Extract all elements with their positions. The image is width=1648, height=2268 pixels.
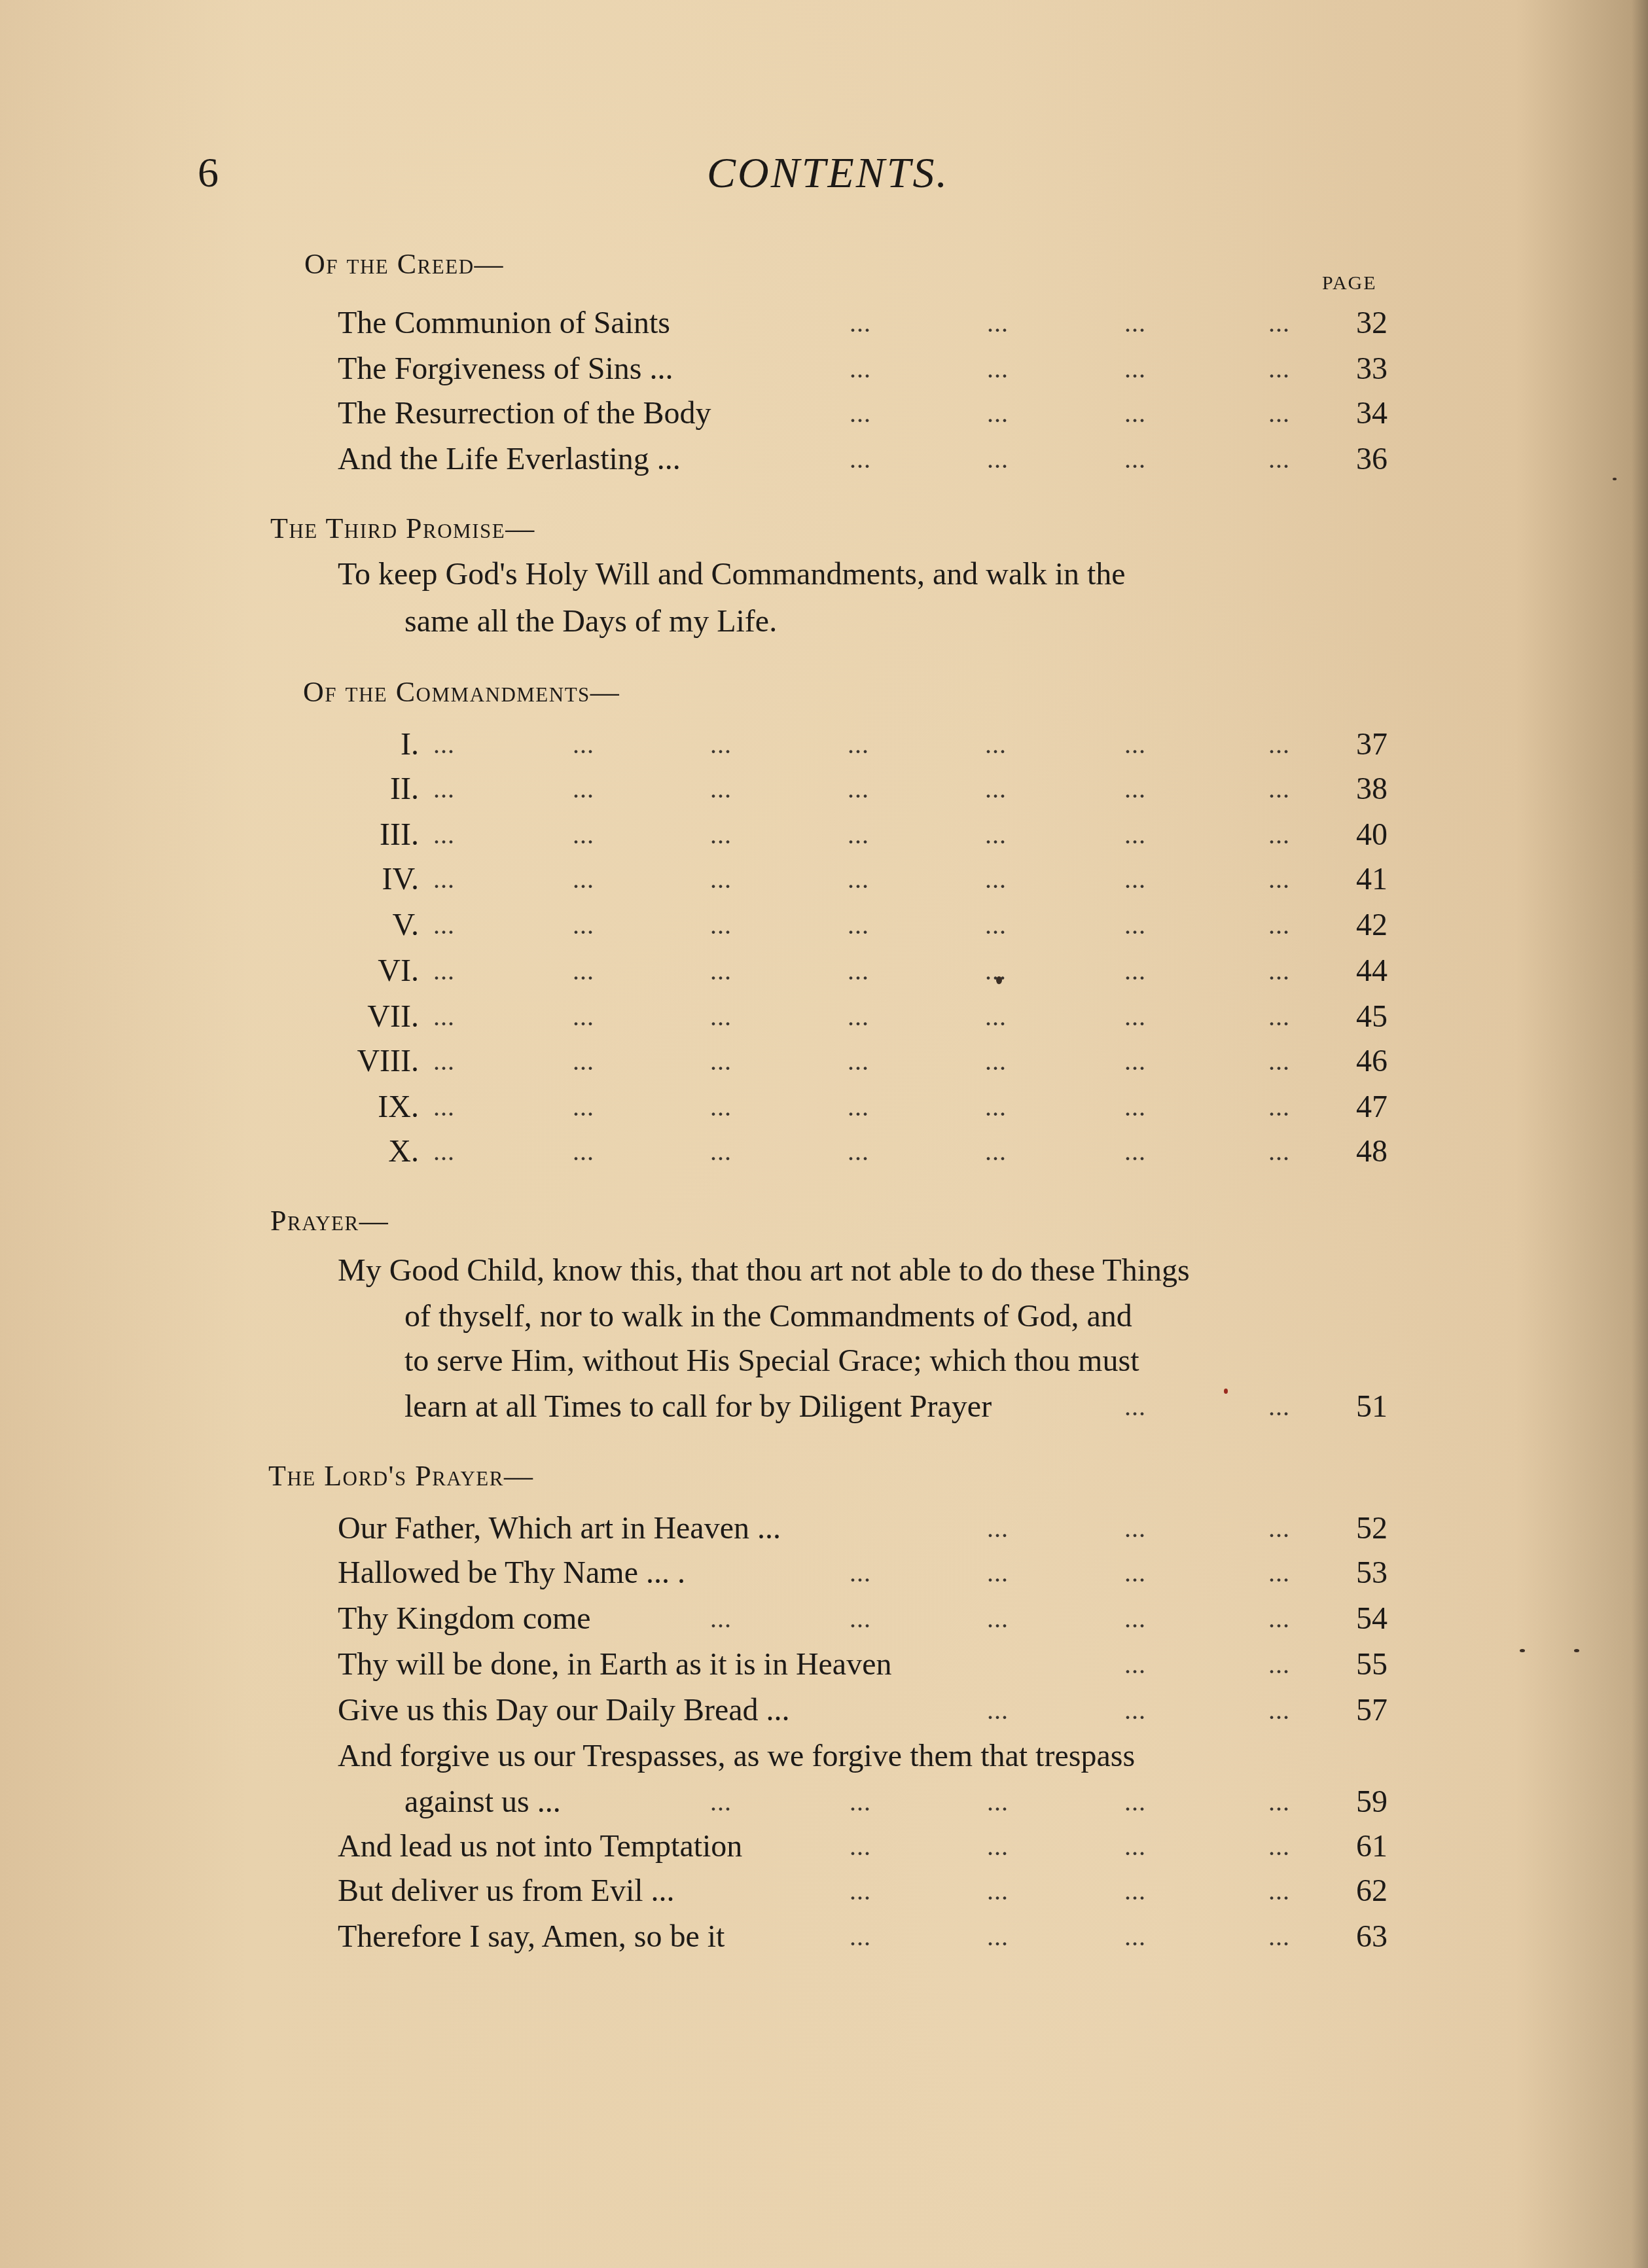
toc-entry[interactable]: Thy will be done, in Earth as it is in H… (0, 1645, 1648, 1684)
dot-leader: ... (573, 1088, 594, 1127)
dot-leader: ... (987, 1827, 1009, 1866)
entry-title: And the Life Everlasting ... (338, 440, 681, 479)
dot-leader: ... (985, 997, 1007, 1037)
dot-leader: ... (573, 951, 594, 991)
section-text-line: to serve Him, without His Special Grace;… (404, 1341, 1139, 1381)
dot-leader: ... (985, 1088, 1007, 1127)
dot-leader: ... (573, 997, 594, 1037)
dot-leader: ... (987, 394, 1009, 433)
section-text-line: of thyself, nor to walk in the Commandme… (404, 1297, 1132, 1336)
dot-leader: ... (850, 1827, 871, 1866)
dot-leader: ... (1124, 860, 1146, 899)
dot-leader: ... (850, 1782, 871, 1822)
dot-leader: ... (1268, 770, 1290, 809)
toc-entry[interactable]: Hallowed be Thy Name ... . ... ... ... .… (0, 1553, 1648, 1593)
entry-title: III. (334, 815, 419, 855)
dot-leader: ... (985, 951, 1007, 991)
dot-leader: ... (850, 394, 871, 433)
dot-leader: ... (1268, 440, 1290, 479)
entry-title: X. (334, 1132, 419, 1171)
entry-continuation: against us ... (404, 1782, 561, 1822)
dot-leader: ... (1124, 349, 1146, 389)
toc-entry[interactable]: The Communion of Saints ... ... ... ... … (0, 304, 1648, 343)
dot-leader: ... (850, 349, 871, 389)
entry-page: 54 (1356, 1599, 1388, 1639)
toc-entry[interactable]: X. ... ... ... ... ... ... ... 48 (0, 1132, 1648, 1171)
toc-entry[interactable]: The Forgiveness of Sins ... ... ... ... … (0, 349, 1648, 389)
dot-leader: ... (573, 815, 594, 855)
entry-page: 40 (1356, 815, 1388, 855)
entry-page: 51 (1356, 1387, 1388, 1426)
dot-leader: ... (1124, 1132, 1146, 1171)
section-heading-lords-prayer: The Lord's Prayer— (268, 1462, 533, 1491)
entry-title: IV. (334, 860, 419, 899)
dot-leader: ... (1268, 1387, 1290, 1426)
dot-leader: ... (985, 860, 1007, 899)
dot-leader: ... (848, 815, 869, 855)
dot-leader: ... (1268, 1088, 1290, 1127)
entry-page: 44 (1356, 951, 1388, 991)
entry-page: 42 (1356, 906, 1388, 945)
dot-leader: ... (710, 1782, 732, 1822)
dot-leader: ... (573, 1132, 594, 1171)
dot-leader: ... (433, 997, 455, 1037)
dot-leader: ... (987, 1691, 1009, 1730)
entry-page: 62 (1356, 1871, 1388, 1911)
toc-entry[interactable]: VII. ... ... ... ... ... ... ... 45 (0, 997, 1648, 1037)
dot-leader: ... (1124, 1645, 1146, 1684)
entry-page: 55 (1356, 1645, 1388, 1684)
toc-entry[interactable]: VI. ... ... ... ... ... ... ... 44 (0, 951, 1648, 991)
dot-leader: ... (985, 1132, 1007, 1171)
dot-leader: ... (710, 997, 732, 1037)
entry-title: And lead us not into Temptation (338, 1827, 742, 1866)
dot-leader: ... (710, 770, 732, 809)
entry-title: Thy Kingdom come (338, 1599, 591, 1639)
toc-entry[interactable]: V. ... ... ... ... ... ... ... 42 (0, 906, 1648, 945)
toc-entry[interactable]: VIII. ... ... ... ... ... ... ... 46 (0, 1042, 1648, 1081)
dot-leader: ... (433, 1042, 455, 1081)
dot-leader: ... (985, 906, 1007, 945)
entry-page: 61 (1356, 1827, 1388, 1866)
dot-leader: ... (1124, 815, 1146, 855)
entry-page: 32 (1356, 304, 1388, 343)
dot-leader: ... (987, 1871, 1009, 1911)
dot-leader: ... (1268, 1782, 1290, 1822)
entry-page: 57 (1356, 1691, 1388, 1730)
entry-page: 63 (1356, 1917, 1388, 1957)
entry-title: VII. (334, 997, 419, 1037)
toc-entry[interactable]: IV. ... ... ... ... ... ... ... 41 (0, 860, 1648, 899)
dot-leader: ... (987, 304, 1009, 343)
dot-leader: ... (1268, 1691, 1290, 1730)
entry-title: The Forgiveness of Sins ... (338, 349, 673, 389)
entry-page: 53 (1356, 1553, 1388, 1593)
dot-leader: ... (433, 725, 455, 764)
toc-entry[interactable]: But deliver us from Evil ... ... ... ...… (0, 1871, 1648, 1911)
dot-leader: ... (433, 815, 455, 855)
entry-title: learn at all Times to call for by Dilige… (404, 1387, 992, 1426)
dot-leader: ... (848, 997, 869, 1037)
dot-leader: ... (1124, 304, 1146, 343)
dot-leader: ... (1124, 1509, 1146, 1548)
dot-leader: ... (1268, 1917, 1290, 1957)
entry-title: Hallowed be Thy Name ... . (338, 1553, 685, 1593)
dot-leader: ... (850, 1553, 871, 1593)
section-heading-third-promise: The Third Promise— (270, 514, 535, 543)
dot-leader: ... (850, 304, 871, 343)
section-heading-commandments: Of the Commandments— (303, 678, 620, 707)
dot-leader: ... (987, 349, 1009, 389)
dot-leader: ... (1268, 1827, 1290, 1866)
dot-leader: ... (710, 1599, 732, 1639)
dot-leader: ... (710, 1088, 732, 1127)
toc-entry[interactable]: learn at all Times to call for by Dilige… (0, 1387, 1648, 1426)
dot-leader: ... (1124, 770, 1146, 809)
toc-entry[interactable]: II. ... ... ... ... ... ... ... 38 (0, 770, 1648, 809)
dot-leader: ... (1124, 1553, 1146, 1593)
entry-page: 41 (1356, 860, 1388, 899)
dot-leader: ... (1124, 1088, 1146, 1127)
entry-title: Give us this Day our Daily Bread ... (338, 1691, 790, 1730)
section-text-line: My Good Child, know this, that thou art … (338, 1251, 1190, 1290)
dot-leader: ... (850, 440, 871, 479)
dot-leader: ... (848, 860, 869, 899)
toc-entry[interactable]: Give us this Day our Daily Bread ... ...… (0, 1691, 1648, 1730)
dot-leader: ... (1268, 1553, 1290, 1593)
entry-title: IX. (334, 1088, 419, 1127)
dot-leader: ... (987, 1917, 1009, 1957)
entry-page: 34 (1356, 394, 1388, 433)
entry-title: And forgive us our Trespasses, as we for… (338, 1737, 1135, 1776)
dot-leader: ... (573, 860, 594, 899)
dot-leader: ... (1268, 725, 1290, 764)
dot-leader: ... (1124, 725, 1146, 764)
paper-speck (996, 976, 1002, 984)
dot-leader: ... (987, 440, 1009, 479)
dot-leader: ... (710, 725, 732, 764)
dot-leader: ... (1124, 394, 1146, 433)
page-column-label: PAGE (1322, 274, 1377, 293)
dot-leader: ... (1124, 1691, 1146, 1730)
dot-leader: ... (1268, 349, 1290, 389)
dot-leader: ... (1268, 997, 1290, 1037)
dot-leader: ... (710, 906, 732, 945)
toc-entry[interactable]: Therefore I say, Amen, so be it ... ... … (0, 1917, 1648, 1957)
dot-leader: ... (1268, 951, 1290, 991)
dot-leader: ... (987, 1599, 1009, 1639)
dot-leader: ... (710, 951, 732, 991)
dot-leader: ... (1124, 1871, 1146, 1911)
dot-leader: ... (848, 1132, 869, 1171)
dot-leader: ... (848, 951, 869, 991)
dot-leader: ... (1268, 1645, 1290, 1684)
dot-leader: ... (1124, 1782, 1146, 1822)
toc-entry[interactable]: I. ... ... ... ... ... ... ... 37 (0, 725, 1648, 764)
dot-leader: ... (1124, 1042, 1146, 1081)
toc-entry[interactable]: against us ... ... ... ... ... ... 59 (0, 1782, 1648, 1822)
dot-leader: ... (433, 860, 455, 899)
toc-entry[interactable]: And the Life Everlasting ... ... ... ...… (0, 440, 1648, 479)
dot-leader: ... (1124, 1917, 1146, 1957)
entry-page: 48 (1356, 1132, 1388, 1171)
entry-title: The Communion of Saints (338, 304, 670, 343)
dot-leader: ... (573, 770, 594, 809)
entry-title: I. (334, 725, 419, 764)
toc-entry[interactable]: Our Father, Which art in Heaven ... ... … (0, 1509, 1648, 1548)
paper-speck (1574, 1649, 1579, 1652)
page-title: CONTENTS. (0, 152, 1648, 195)
entry-page: 37 (1356, 725, 1388, 764)
dot-leader: ... (985, 770, 1007, 809)
dot-leader: ... (710, 1132, 732, 1171)
dot-leader: ... (573, 725, 594, 764)
dot-leader: ... (850, 1871, 871, 1911)
dot-leader: ... (1124, 1599, 1146, 1639)
dot-leader: ... (1124, 1827, 1146, 1866)
paper-speck (1520, 1649, 1525, 1652)
dot-leader: ... (433, 770, 455, 809)
entry-title: Therefore I say, Amen, so be it (338, 1917, 725, 1957)
dot-leader: ... (987, 1782, 1009, 1822)
dot-leader: ... (987, 1553, 1009, 1593)
dot-leader: ... (985, 1042, 1007, 1081)
dot-leader: ... (850, 1917, 871, 1957)
dot-leader: ... (985, 725, 1007, 764)
dot-leader: ... (985, 815, 1007, 855)
dot-leader: ... (1268, 860, 1290, 899)
dot-leader: ... (710, 815, 732, 855)
dot-leader: ... (848, 770, 869, 809)
dot-leader: ... (1268, 1871, 1290, 1911)
dot-leader: ... (1268, 1042, 1290, 1081)
dot-leader: ... (573, 906, 594, 945)
entry-title: Our Father, Which art in Heaven ... (338, 1509, 781, 1548)
toc-entry[interactable]: The Resurrection of the Body ... ... ...… (0, 394, 1648, 433)
entry-title: II. (334, 770, 419, 809)
entry-page: 38 (1356, 770, 1388, 809)
dot-leader: ... (1124, 997, 1146, 1037)
section-text-line: To keep God's Holy Will and Commandments… (338, 555, 1126, 594)
dot-leader: ... (433, 1088, 455, 1127)
dot-leader: ... (1124, 440, 1146, 479)
entry-title: The Resurrection of the Body (338, 394, 711, 433)
dot-leader: ... (710, 860, 732, 899)
dot-leader: ... (1268, 1132, 1290, 1171)
entry-page: 36 (1356, 440, 1388, 479)
dot-leader: ... (1124, 1387, 1146, 1426)
paper-speck (1613, 478, 1617, 480)
dot-leader: ... (1268, 815, 1290, 855)
entry-page: 59 (1356, 1782, 1388, 1822)
entry-page: 46 (1356, 1042, 1388, 1081)
dot-leader: ... (848, 906, 869, 945)
dot-leader: ... (1268, 906, 1290, 945)
entry-page: 47 (1356, 1088, 1388, 1127)
entry-title: Thy will be done, in Earth as it is in H… (338, 1645, 891, 1684)
toc-entry[interactable]: Thy Kingdom come ... ... ... ... ... 54 (0, 1599, 1648, 1639)
dot-leader: ... (848, 1042, 869, 1081)
dot-leader: ... (850, 1599, 871, 1639)
section-heading-creed: Of the Creed— (304, 250, 504, 279)
dot-leader: ... (573, 1042, 594, 1081)
toc-entry[interactable]: III. ... ... ... ... ... ... ... 40 (0, 815, 1648, 855)
dot-leader: ... (433, 1132, 455, 1171)
toc-entry[interactable]: IX. ... ... ... ... ... ... ... 47 (0, 1088, 1648, 1127)
dot-leader: ... (1268, 1599, 1290, 1639)
dot-leader: ... (848, 725, 869, 764)
dot-leader: ... (1268, 1509, 1290, 1548)
dot-leader: ... (1268, 394, 1290, 433)
section-heading-prayer: Prayer— (270, 1207, 389, 1235)
entry-title: V. (334, 906, 419, 945)
toc-entry[interactable]: And lead us not into Temptation ... ... … (0, 1827, 1648, 1866)
entry-page: 33 (1356, 349, 1388, 389)
dot-leader: ... (710, 1042, 732, 1081)
dot-leader: ... (1124, 951, 1146, 991)
paper-speck (1224, 1389, 1228, 1394)
dot-leader: ... (1268, 304, 1290, 343)
entry-title: But deliver us from Evil ... (338, 1871, 675, 1911)
dot-leader: ... (987, 1509, 1009, 1548)
entry-title: VI. (334, 951, 419, 991)
dot-leader: ... (1124, 906, 1146, 945)
entry-page: 45 (1356, 997, 1388, 1037)
dot-leader: ... (433, 951, 455, 991)
dot-leader: ... (433, 906, 455, 945)
entry-title: VIII. (334, 1042, 419, 1081)
section-text-line: same all the Days of my Life. (404, 602, 777, 641)
entry-page: 52 (1356, 1509, 1388, 1548)
dot-leader: ... (848, 1088, 869, 1127)
